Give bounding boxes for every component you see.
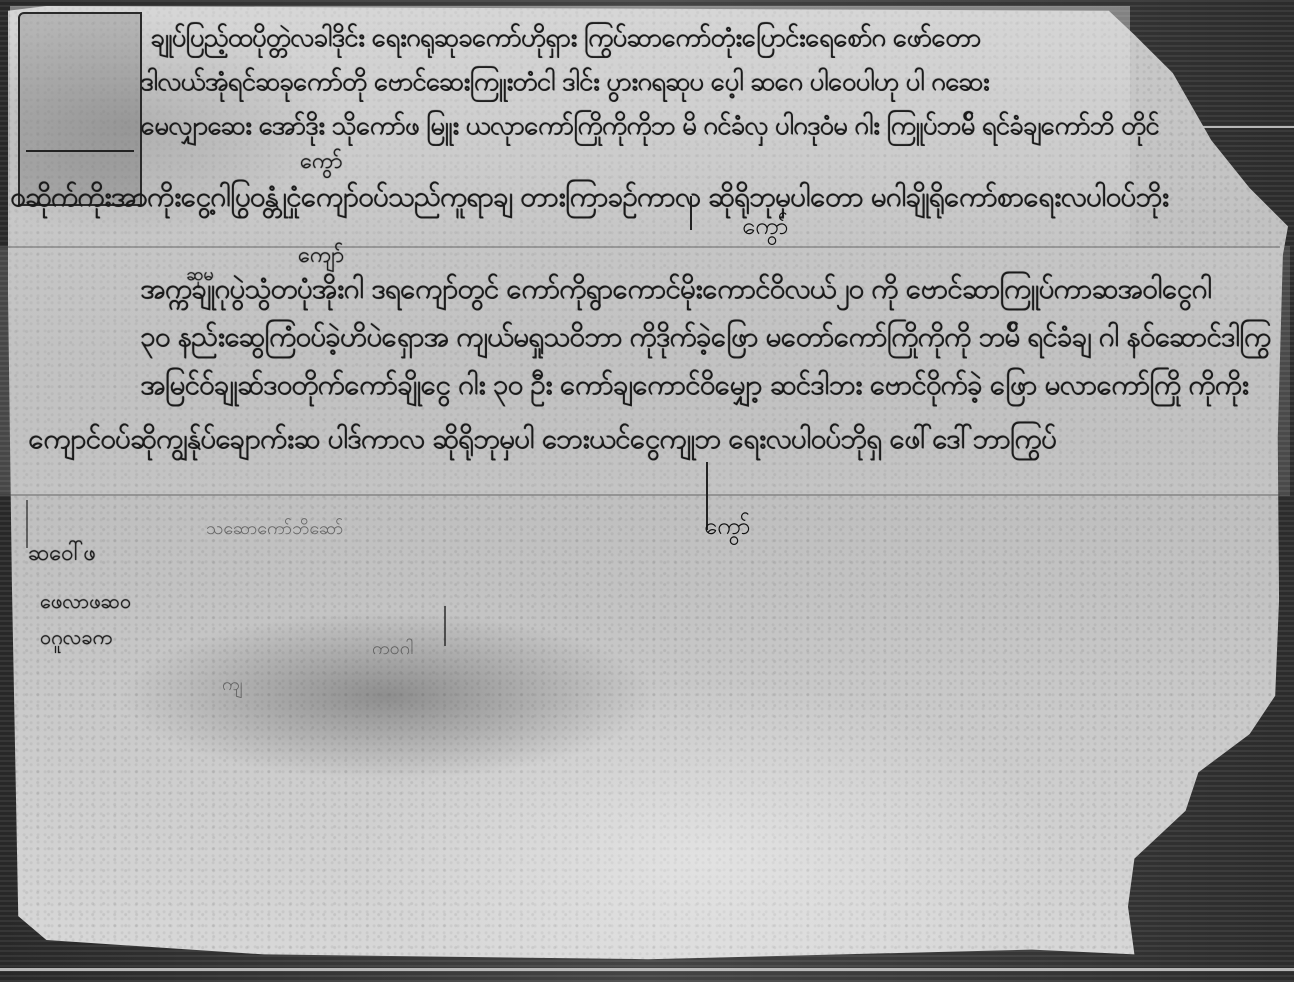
faint-text-line: သဆောကော်ဘိဆော် — [206, 516, 343, 543]
background-edge-line — [1190, 126, 1294, 128]
left-note: ဖေလာဖဆဝ — [40, 588, 131, 618]
fold-line — [0, 494, 1280, 496]
margin-box — [18, 12, 142, 206]
manuscript-line: ဒါလယ်အုံရင်ဆခုကော်တို ဗောင်ဆေးကြူးတံငါ ဒ… — [140, 64, 989, 103]
manuscript-line: အမြင်ဝ်ချုဆ်ဒဝတိုက်ကော်ချိုငွေ ဂါး ၃၀ ဦး… — [140, 366, 1248, 408]
manuscript-line: မေလျှာဆေး အော်ဒိုး သိုကော်ဖ မြူး ယလုာကော… — [140, 108, 1159, 147]
manuscript-line: အက္ကချုဂုပွဲသွံတပုံအိုးဂါ ဒရကျော်တွင် ကေ… — [140, 270, 1211, 312]
signature-stroke — [690, 196, 692, 230]
interlinear-note: ကွော် — [300, 146, 343, 179]
left-note: ဝဂူလခက — [40, 624, 112, 654]
fold-line — [0, 246, 1280, 248]
signature-mark: ကွော် — [704, 510, 750, 546]
manuscript-line: ၃၀ နည်းဆွေကြံဝပ်ခဲ့ဟိပဲရှောအ ကျယ်မရှုသဝိ… — [140, 318, 1270, 360]
background-edge-line — [0, 968, 1294, 971]
scattered-mark: ကျ — [222, 672, 242, 699]
left-note: ဆဝေါ်ဖ — [28, 538, 96, 571]
manuscript-main-line: ဝဆိုက်ကိုးအာကိုးငွေ့ဂါပြွဝန္တုံငှုံကျော်… — [10, 178, 1168, 220]
ink-stroke — [444, 606, 446, 646]
manuscript-main-line: ကျောင်ဝပ်ဆိုကျွန်ုပ်ချောက်းဆ ပါဒ်ကာလ ဆို… — [28, 420, 1056, 462]
scattered-mark: ကဝဂါ — [372, 636, 413, 663]
ink-stroke — [26, 500, 28, 548]
manuscript-line: ချုပ်ပြည့်ထပိုတ္တဲလခါဒိုင်း ရေးဂရုဆုခကော… — [150, 20, 980, 59]
interlinear-note: ကျော် — [298, 240, 344, 273]
margin-stroke — [26, 150, 134, 152]
signature-mark: ကွော် — [742, 210, 788, 246]
